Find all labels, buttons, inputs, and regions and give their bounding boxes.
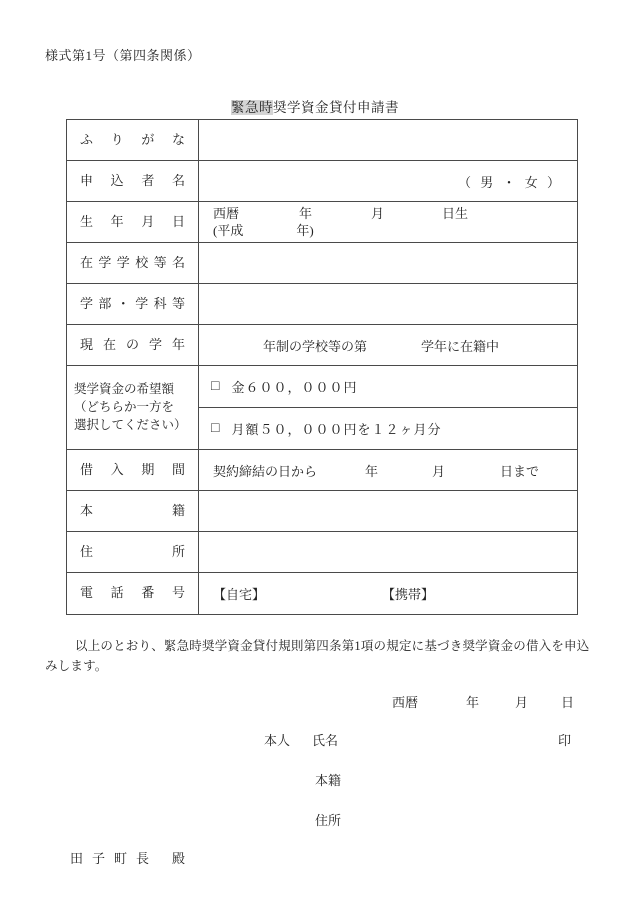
signature-date-line: 西暦年月日 bbox=[392, 692, 574, 711]
row-label-grade: 現在の学年 bbox=[67, 325, 199, 365]
heisei-year-label: 年) bbox=[296, 223, 313, 238]
application-form-page: 様式第1号（第四条関係） 緊急時奨学資金貸付申請書 ふりがな 申込者名 （ 男 … bbox=[0, 0, 630, 903]
signer-address-label: 住所 bbox=[315, 810, 341, 829]
heisei-label: (平成 bbox=[213, 223, 243, 238]
row-label-desired-amount: 奨学資金の希望額 （どちらか一方を 選択してください） bbox=[67, 366, 199, 449]
amount-option-monthly: □ 月額５０，０００円を１２ヶ月分 bbox=[199, 408, 577, 449]
year-label: 年 bbox=[299, 206, 312, 221]
row-label-address: 住所 bbox=[67, 532, 199, 572]
table-row-phone: 電話番号 【自宅】【携帯】 bbox=[67, 573, 577, 614]
school-field[interactable] bbox=[199, 243, 577, 283]
page-title: 緊急時奨学資金貸付申請書 bbox=[0, 96, 630, 116]
row-label-faculty: 学部・学科等 bbox=[67, 284, 199, 324]
date-year-label: 年 bbox=[466, 695, 479, 710]
phone-field[interactable]: 【自宅】【携帯】 bbox=[199, 573, 577, 614]
loan-period-field[interactable]: 契約締結の日から年月日まで bbox=[199, 450, 577, 490]
grade-prefix-label: 年制の学校等の第 bbox=[263, 336, 367, 355]
checkbox-icon[interactable]: □ bbox=[211, 422, 219, 436]
checkbox-icon[interactable]: □ bbox=[211, 380, 219, 394]
signer-role-label: 本人 bbox=[264, 730, 290, 749]
row-label-applicant-name: 申込者名 bbox=[67, 161, 199, 201]
era-label: 西暦 bbox=[213, 206, 239, 221]
title-highlighted-text: 緊急時 bbox=[231, 100, 273, 115]
signer-name-label: 氏名 bbox=[312, 730, 338, 749]
gender-note: （ 男 ・ 女 ） bbox=[458, 172, 563, 191]
birthdate-line-western: 西暦年月日生 bbox=[213, 205, 563, 222]
domicile-field[interactable] bbox=[199, 491, 577, 531]
address-field[interactable] bbox=[199, 532, 577, 572]
amount-option-lump-sum: □ 金６００，０００円 bbox=[199, 366, 577, 408]
date-day-label: 日 bbox=[561, 695, 574, 710]
row-label-phone: 電話番号 bbox=[67, 573, 199, 614]
birthdate-line-heisei: (平成年) bbox=[213, 222, 563, 239]
faculty-field[interactable] bbox=[199, 284, 577, 324]
signer-domicile-label: 本籍 bbox=[315, 770, 341, 789]
application-table: ふりがな 申込者名 （ 男 ・ 女 ） 生年月日 西暦年月日生 (平成年) 在学… bbox=[66, 119, 578, 615]
table-row-applicant: 申込者名 （ 男 ・ 女 ） bbox=[67, 161, 577, 202]
row-label-furigana: ふりがな bbox=[67, 120, 199, 160]
table-row-faculty: 学部・学科等 bbox=[67, 284, 577, 325]
row-label-domicile: 本籍 bbox=[67, 491, 199, 531]
table-row-furigana: ふりがな bbox=[67, 120, 577, 161]
form-number: 様式第1号（第四条関係） bbox=[45, 45, 201, 64]
row-label-school: 在学学校等名 bbox=[67, 243, 199, 283]
birthdate-field[interactable]: 西暦年月日生 (平成年) bbox=[199, 202, 577, 242]
date-month-label: 月 bbox=[515, 695, 528, 710]
amount-option-lump-sum-label: 金６００，０００円 bbox=[231, 377, 357, 396]
period-month-label: 月 bbox=[432, 461, 445, 480]
title-rest-text: 奨学資金貸付申請書 bbox=[273, 100, 399, 115]
seal-label: 印 bbox=[558, 730, 571, 749]
birthdate-lines: 西暦年月日生 (平成年) bbox=[213, 205, 563, 239]
table-row-domicile: 本籍 bbox=[67, 491, 577, 532]
table-row-loan-period: 借入期間 契約締結の日から年月日まで bbox=[67, 450, 577, 491]
period-end-label: 日まで bbox=[500, 461, 539, 480]
period-lead-label: 契約締結の日から bbox=[213, 461, 317, 480]
row-label-loan-period: 借入期間 bbox=[67, 450, 199, 490]
table-row-birthdate: 生年月日 西暦年月日生 (平成年) bbox=[67, 202, 577, 243]
day-born-label: 日生 bbox=[442, 206, 468, 221]
date-era-label: 西暦 bbox=[392, 695, 418, 710]
closing-statement: 以上のとおり、緊急時奨学資金貸付規則第四条第1項の規定に基づき奨学資金の借入を申… bbox=[45, 636, 590, 676]
amount-option-monthly-label: 月額５０，０００円を１２ヶ月分 bbox=[231, 419, 441, 438]
month-label: 月 bbox=[371, 206, 384, 221]
furigana-field[interactable] bbox=[199, 120, 577, 160]
recipient-name: 田子町長 bbox=[70, 851, 158, 866]
grade-field[interactable]: 年制の学校等の第学年に在籍中 bbox=[199, 325, 577, 365]
desired-amount-options: □ 金６００，０００円 □ 月額５０，０００円を１２ヶ月分 bbox=[199, 366, 577, 449]
recipient-line: 田子町長殿 bbox=[70, 848, 185, 867]
grade-suffix-label: 学年に在籍中 bbox=[421, 336, 499, 355]
signer-line: 本人 氏名 印 bbox=[264, 730, 571, 749]
table-row-address: 住所 bbox=[67, 532, 577, 573]
applicant-name-field[interactable]: （ 男 ・ 女 ） bbox=[199, 161, 577, 201]
table-row-desired-amount: 奨学資金の希望額 （どちらか一方を 選択してください） □ 金６００，０００円 … bbox=[67, 366, 577, 450]
table-row-grade: 現在の学年 年制の学校等の第学年に在籍中 bbox=[67, 325, 577, 366]
phone-mobile-label: 【携帯】 bbox=[382, 584, 434, 603]
period-year-label: 年 bbox=[365, 461, 378, 480]
row-label-birthdate: 生年月日 bbox=[67, 202, 199, 242]
phone-home-label: 【自宅】 bbox=[213, 584, 265, 603]
table-row-school: 在学学校等名 bbox=[67, 243, 577, 284]
recipient-honorific: 殿 bbox=[172, 851, 185, 866]
